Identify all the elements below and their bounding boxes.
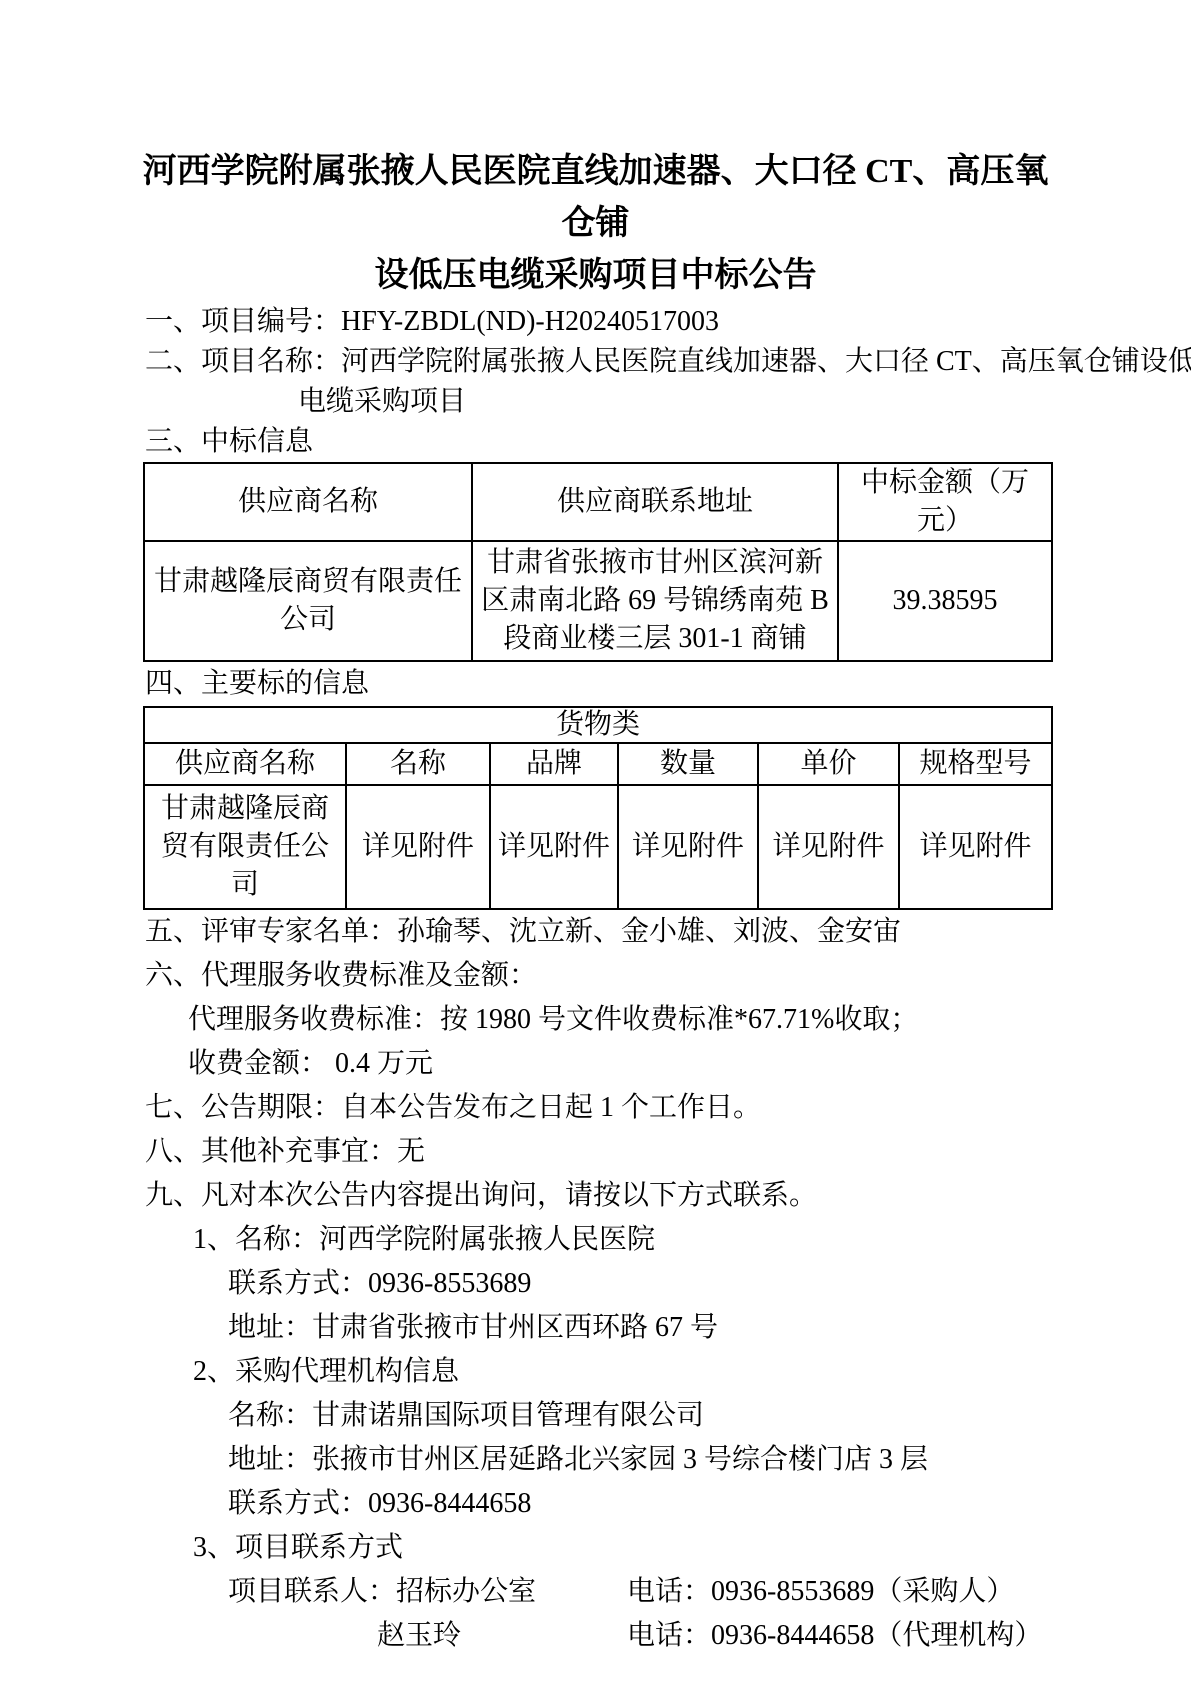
page-title-line1: 河西学院附属张掖人民医院直线加速器、大口径 CT、高压氧仓铺 (137, 146, 1054, 250)
item-announcement-period: 七、公告期限：自本公告发布之日起 1 个工作日。 (137, 1086, 1054, 1130)
award-info-data-row: 甘肃越隆辰商贸有限责任公司 甘肃省张掖市甘州区滨河新区肃南北路 69 号锦绣南苑… (144, 541, 1052, 661)
header-spec-model: 规格型号 (899, 743, 1052, 785)
contact-person-agency: 赵玉玲 (228, 1614, 627, 1658)
header-supplier-address: 供应商联系地址 (472, 463, 838, 541)
agency-phone: 联系方式：0936-8444658 (137, 1482, 1054, 1526)
agency-fee-amount: 收费金额： 0.4 万元 (137, 1042, 1054, 1086)
goods-category-row: 货物类 (144, 707, 1052, 743)
cell-name: 详见附件 (346, 785, 490, 909)
section-inquiry: 九、凡对本次公告内容提出询问，请按以下方式联系。 (137, 1174, 1054, 1218)
contact-phone-purchaser: 电话：0936-8553689（采购人） (627, 1570, 1014, 1614)
cell-supplier-name: 甘肃越隆辰商贸有限责任公司 (144, 541, 472, 661)
award-info-table: 供应商名称 供应商联系地址 中标金额（万元） 甘肃越隆辰商贸有限责任公司 甘肃省… (143, 462, 1053, 662)
header-brand: 品牌 (490, 743, 618, 785)
purchaser-title: 1、名称：河西学院附属张掖人民医院 (137, 1218, 1054, 1262)
section-agency-fee: 六、代理服务收费标准及金额： (137, 954, 1054, 998)
cell-goods-category: 货物类 (144, 707, 1052, 743)
cell-quantity: 详见附件 (618, 785, 758, 909)
subject-data-row: 甘肃越隆辰商贸有限责任公司 详见附件 详见附件 详见附件 详见附件 详见附件 (144, 785, 1052, 909)
subject-matter-table: 货物类 供应商名称 名称 品牌 数量 单价 规格型号 甘肃越隆辰商贸有限责任公司… (143, 706, 1053, 910)
item-experts: 五、评审专家名单：孙瑜琴、沈立新、金小雄、刘波、金安宙 (137, 910, 1054, 954)
item-project-name-wrap: 电缆采购项目 (137, 382, 1054, 422)
page-title: 河西学院附属张掖人民医院直线加速器、大口径 CT、高压氧仓铺 设低压电缆采购项目… (137, 146, 1054, 302)
subject-header-row: 供应商名称 名称 品牌 数量 单价 规格型号 (144, 743, 1052, 785)
section-award-info: 三、中标信息 (137, 422, 1054, 462)
header-award-amount: 中标金额（万元） (838, 463, 1052, 541)
header-quantity: 数量 (618, 743, 758, 785)
cell-unit-price: 详见附件 (758, 785, 899, 909)
header-supplier-name: 供应商名称 (144, 463, 472, 541)
document-page: 河西学院附属张掖人民医院直线加速器、大口径 CT、高压氧仓铺 设低压电缆采购项目… (0, 0, 1191, 1684)
agency-fee-standard: 代理服务收费标准：按 1980 号文件收费标准*67.71%收取； (137, 998, 1054, 1042)
award-info-header-row: 供应商名称 供应商联系地址 中标金额（万元） (144, 463, 1052, 541)
purchaser-phone: 联系方式：0936-8553689 (137, 1262, 1054, 1306)
agency-name: 名称：甘肃诺鼎国际项目管理有限公司 (137, 1394, 1054, 1438)
cell-brand: 详见附件 (490, 785, 618, 909)
section-subject-info: 四、主要标的信息 (137, 662, 1054, 706)
cell-award-amount: 39.38595 (838, 541, 1052, 661)
agency-title: 2、采购代理机构信息 (137, 1350, 1054, 1394)
agency-address: 地址：张掖市甘州区居延路北兴家园 3 号综合楼门店 3 层 (137, 1438, 1054, 1482)
item-project-number: 一、项目编号：HFY-ZBDL(ND)-H20240517003 (137, 302, 1054, 342)
page-title-line2: 设低压电缆采购项目中标公告 (137, 250, 1054, 302)
cell-supplier-address: 甘肃省张掖市甘州区滨河新区肃南北路 69 号锦绣南苑 B 段商业楼三层 301-… (472, 541, 838, 661)
item-project-name: 二、项目名称：河西学院附属张掖人民医院直线加速器、大口径 CT、高压氧仓铺设低压 (137, 342, 1054, 382)
item-other-matters: 八、其他补充事宜：无 (137, 1130, 1054, 1174)
contact-phone-agency: 电话：0936-8444658（代理机构） (627, 1614, 1042, 1658)
project-contact-row-1: 项目联系人：招标办公室 电话：0936-8553689（采购人） (137, 1570, 1054, 1614)
cell-supplier: 甘肃越隆辰商贸有限责任公司 (144, 785, 346, 909)
purchaser-address: 地址：甘肃省张掖市甘州区西环路 67 号 (137, 1306, 1054, 1350)
header-unit-price: 单价 (758, 743, 899, 785)
contact-person-purchaser: 项目联系人：招标办公室 (228, 1570, 627, 1614)
header-name: 名称 (346, 743, 490, 785)
cell-spec-model: 详见附件 (899, 785, 1052, 909)
project-contact-title: 3、项目联系方式 (137, 1526, 1054, 1570)
header-supplier: 供应商名称 (144, 743, 346, 785)
project-contact-row-2: 赵玉玲 电话：0936-8444658（代理机构） (137, 1614, 1054, 1658)
